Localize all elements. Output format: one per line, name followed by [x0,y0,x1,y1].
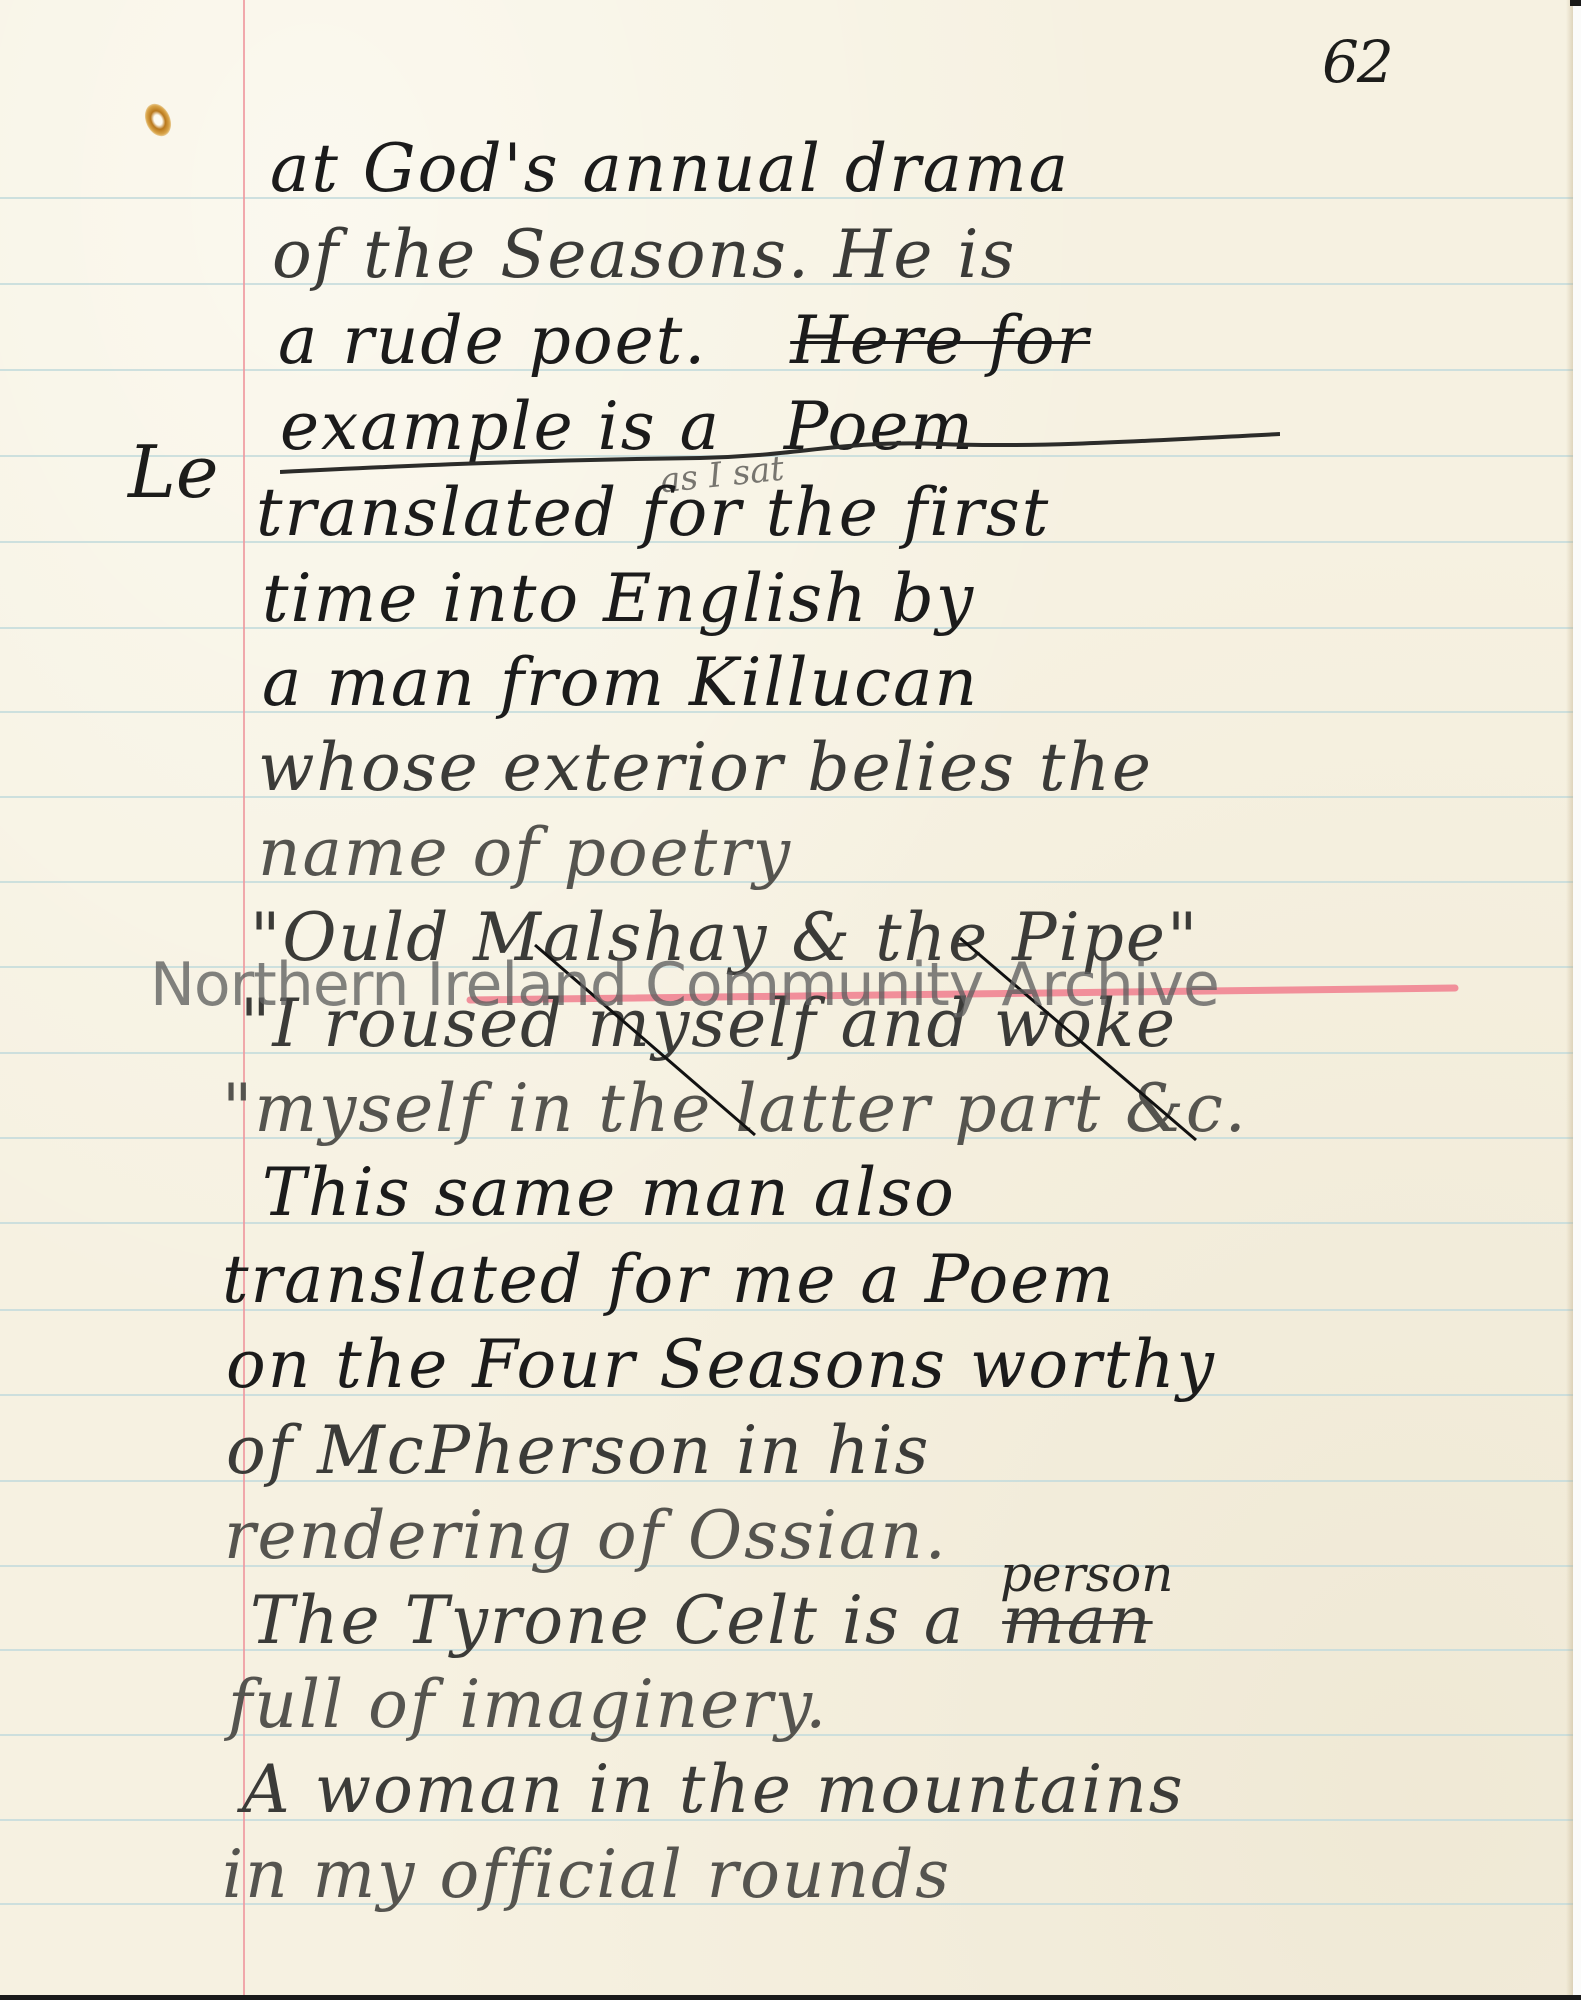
line-text: at God's annual drama [270,130,1070,207]
scan-corner [1570,0,1581,6]
manuscript-line: a man from Killucan [262,650,979,716]
line-text: "I roused myself and woke [240,985,1177,1062]
manuscript-line: "Ould Malshay & the Pipe" [250,905,1199,971]
line-text: time into English by [262,560,975,637]
manuscript-page: 62 at God's annual drama of the Seasons.… [0,0,1573,1995]
struck-text: man [1002,1582,1152,1659]
manuscript-line: of McPherson in his [226,1418,930,1484]
manuscript-line: name of poetry [258,820,792,886]
manuscript-line: in my official rounds [222,1842,951,1908]
struck-text: Here for [790,302,1090,379]
line-text: whose exterior belies the [258,729,1153,806]
line-text: rendering of Ossian. [224,1497,948,1574]
line-text: in my official rounds [222,1836,951,1913]
manuscript-line: "myself in the latter part &c. [222,1076,1248,1142]
line-text: A woman in the mountains [242,1751,1185,1828]
manuscript-line: of the Seasons. He is [272,222,1016,288]
line-text: translated for the first [256,474,1050,551]
manuscript-line: translated for the first [256,480,1050,546]
page-edge-shadow [1566,0,1573,1995]
page-number: 62 [1322,28,1392,96]
line-text: translated for me a Poem [222,1241,1116,1318]
manuscript-line: full of imaginery. [228,1672,828,1738]
rust-stain [140,100,176,141]
manuscript-line: whose exterior belies the [258,735,1153,801]
manuscript-line: "I roused myself and woke [240,991,1177,1057]
line-text: The Tyrone Celt is a [250,1582,965,1659]
scan-border-right [1573,0,1581,1995]
manuscript-line: A woman in the mountains [242,1757,1185,1823]
line-text: of McPherson in his [226,1412,930,1489]
line-text: "Ould Malshay & the Pipe" [250,899,1199,976]
manuscript-line: time into English by [262,566,975,632]
manuscript-line: rendering of Ossian. [224,1503,948,1569]
line-text: This same man also [262,1154,956,1231]
scan-border-bottom [0,1995,1581,2000]
line-text: a man from Killucan [262,644,979,721]
line-text: full of imaginery. [228,1666,828,1743]
manuscript-line: This same man also [262,1160,956,1226]
line-text: a rude poet. [278,302,707,379]
manuscript-line: a rude poet. Here for [278,308,1090,374]
margin-deletion-mark: Le [128,430,218,514]
line-text: "myself in the latter part &c. [222,1070,1248,1147]
line-text: on the Four Seasons worthy [226,1326,1216,1403]
manuscript-line: translated for me a Poem [222,1247,1116,1313]
line-text: of the Seasons. He is [272,216,1016,293]
manuscript-line: at God's annual drama [270,136,1070,202]
manuscript-line: on the Four Seasons worthy [226,1332,1216,1398]
line-text: name of poetry [258,814,792,891]
manuscript-line: The Tyrone Celt is a man [250,1588,1153,1654]
